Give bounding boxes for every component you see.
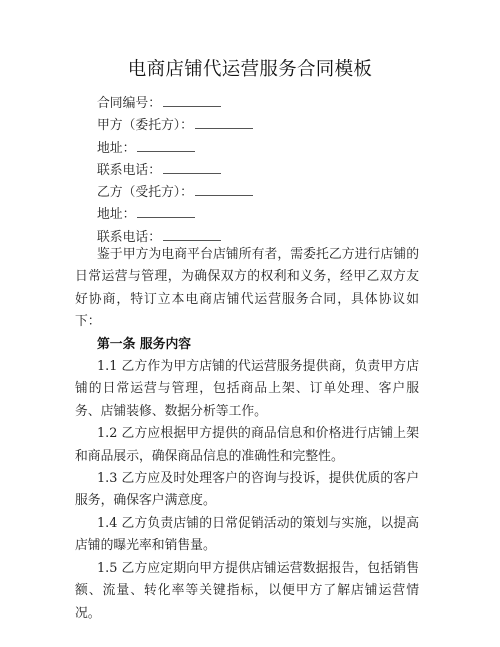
field-label: 联系电话： [97, 163, 161, 178]
field-label: 地址： [97, 141, 135, 156]
field-label: 合同编号： [97, 96, 161, 111]
section-heading: 第一条 服务内容 [75, 334, 419, 356]
field-party-a-phone: 联系电话： [97, 159, 427, 181]
blank-line [195, 181, 253, 196]
clause-1-1: 1.1 乙方作为甲方店铺的代运营服务提供商，负责甲方店铺的日常运营与管理，包括商… [75, 356, 419, 423]
clause-1-3: 1.3 乙方应及时处理客户的咨询与投诉，提供优质的客户服务，确保客户满意度。 [75, 468, 419, 513]
field-party-a-address: 地址： [97, 137, 427, 159]
field-label: 地址： [97, 207, 135, 222]
blank-line [163, 159, 221, 174]
intro-paragraph: 鉴于甲方为电商平台店铺所有者，需委托乙方进行店铺的日常运营与管理，为确保双方的权… [75, 244, 419, 334]
contract-body: 鉴于甲方为电商平台店铺所有者，需委托乙方进行店铺的日常运营与管理，为确保双方的权… [75, 244, 419, 625]
blank-line [163, 92, 221, 107]
blank-line [195, 114, 253, 129]
field-party-b-address: 地址： [97, 203, 427, 225]
blank-line [137, 203, 195, 218]
field-label: 联系电话： [97, 230, 161, 245]
document-page: 电商店铺代运营服务合同模板 合同编号： 甲方（委托方）： 地址： 联系电话： 乙… [0, 0, 500, 647]
field-label: 乙方（受托方）： [97, 185, 193, 200]
field-party-a: 甲方（委托方）： [97, 114, 427, 136]
blank-line [137, 137, 195, 152]
document-title: 电商店铺代运营服务合同模板 [0, 57, 500, 83]
field-party-b: 乙方（受托方）： [97, 181, 427, 203]
clause-1-2: 1.2 乙方应根据甲方提供的商品信息和价格进行店铺上架和商品展示，确保商品信息的… [75, 423, 419, 468]
field-contract-number: 合同编号： [97, 92, 427, 114]
party-info-fields: 合同编号： 甲方（委托方）： 地址： 联系电话： 乙方（受托方）： 地址： 联系… [97, 92, 427, 248]
field-label: 甲方（委托方）： [97, 118, 193, 133]
clause-1-4: 1.4 乙方负责店铺的日常促销活动的策划与实施，以提高店铺的曝光率和销售量。 [75, 513, 419, 558]
clause-1-5: 1.5 乙方应定期向甲方提供店铺运营数据报告，包括销售额、流量、转化率等关键指标… [75, 558, 419, 625]
blank-line [163, 226, 221, 241]
